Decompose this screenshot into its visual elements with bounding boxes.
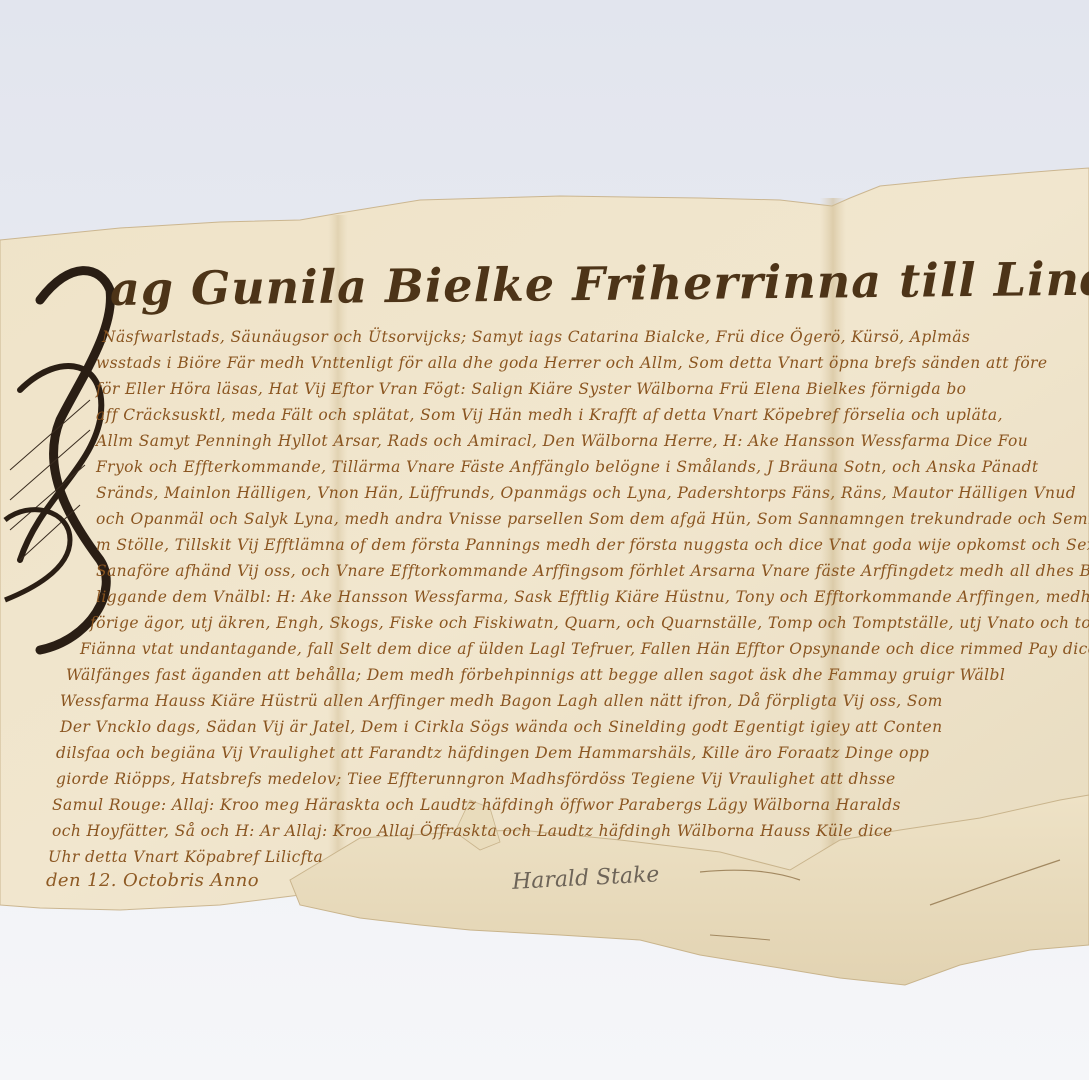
- manuscript-text: ag Gunila Bielke Friherrinna till Lindho…: [0, 0, 1089, 1080]
- document-heading: ag Gunila Bielke Friherrinna till Lindho…: [110, 249, 1089, 316]
- text-line: Sanaföre afhänd Vij oss, och Vnare Effto…: [96, 562, 1089, 580]
- text-line: wsstads i Biöre Fär medh Vnttenligt för …: [96, 354, 1047, 372]
- text-line: Wessfarma Hauss Kiäre Hüstrü allen Arffi…: [60, 692, 943, 710]
- text-line: giorde Riöpps, Hatsbrefs medelov; Tiee E…: [56, 770, 896, 788]
- date-line: den 12. Octobris Anno: [46, 870, 259, 891]
- text-line: Sränds, Mainlon Hälligen, Vnon Hän, Lüff…: [96, 484, 1076, 502]
- text-line: och Hoyfätter, Så och H: Ar Allaj: Kroo …: [52, 822, 893, 840]
- text-line: liggande dem Vnälbl: H: Ake Hansson Wess…: [96, 588, 1089, 606]
- text-line: Wälfänges fast äganden att behålla; Dem …: [66, 666, 1005, 684]
- text-line: och Opanmäl och Salyk Lyna, medh andra V…: [96, 510, 1089, 528]
- signature: Harald Stake: [511, 862, 660, 895]
- text-line: Samul Rouge: Allaj: Kroo meg Häraskta oc…: [52, 796, 901, 814]
- text-line: Uhr detta Vnart Köpabref Lilicfta: [48, 848, 323, 866]
- text-line: Näsfwarlstads, Säunäugsor och Ütsorvijck…: [102, 328, 970, 346]
- text-line: m Stölle, Tillskit Vij Efftlämna of dem …: [96, 536, 1089, 554]
- text-line: dilsfaa och begiäna Vij Vraulighet att F…: [56, 744, 929, 762]
- text-line: Allm Samyt Penningh Hyllot Arsar, Rads o…: [96, 432, 1028, 450]
- text-line: förige ägor, utj äkren, Engh, Skogs, Fis…: [90, 614, 1089, 632]
- text-line: aff Cräcksusktl, meda Fält och splätat, …: [96, 406, 1003, 424]
- photo-scene: ag Gunila Bielke Friherrinna till Lindho…: [0, 0, 1089, 1080]
- text-line: Fryok och Effterkommande, Tillärma Vnare…: [96, 458, 1039, 476]
- heading-text: ag Gunila Bielke Friherrinna till Lindho…: [110, 249, 1089, 316]
- text-line: Fiänna vtat undantagande, fall Selt dem …: [80, 640, 1089, 658]
- text-line: Der Vncklo dags, Sädan Vij är Jatel, Dem…: [60, 718, 942, 736]
- text-line: för Eller Höra läsas, Hat Vij Eftor Vran…: [96, 380, 966, 398]
